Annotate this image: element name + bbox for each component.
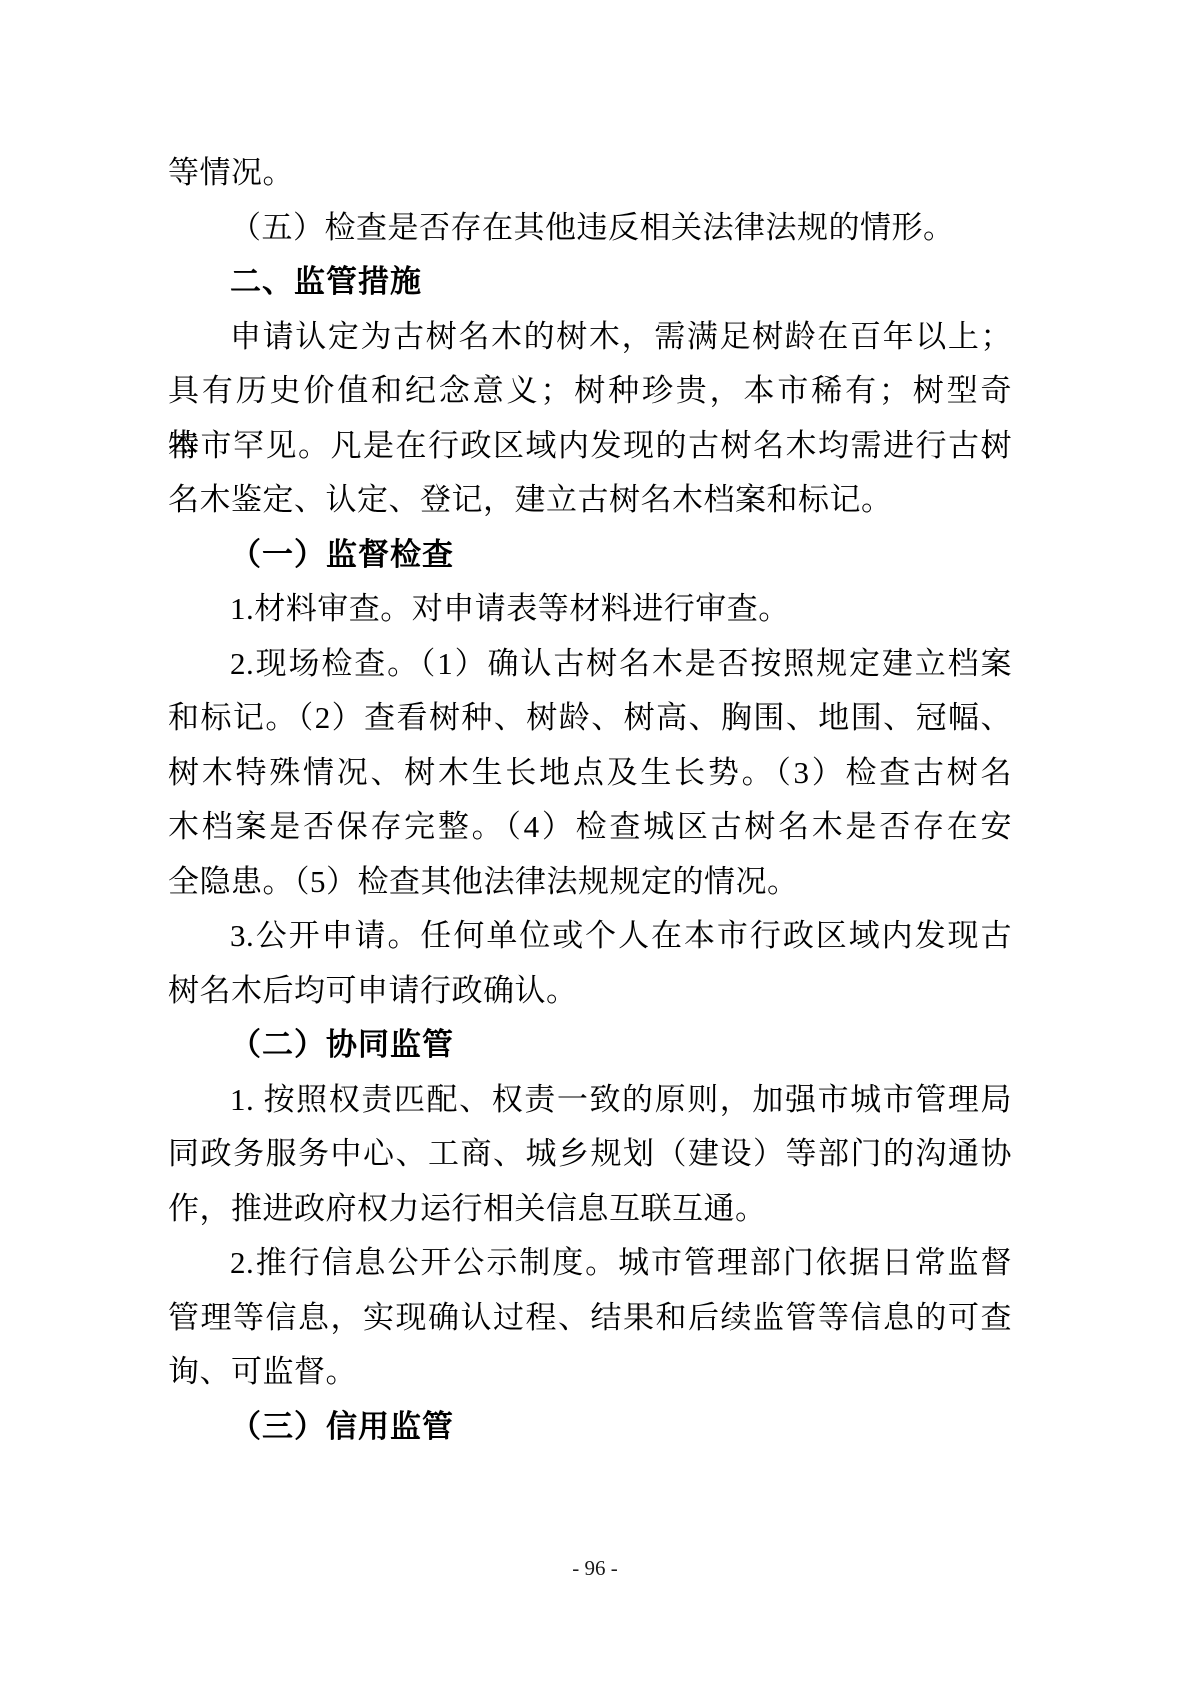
- text-line: 2.现场检查。（1）确认古树名木是否按照规定建立档案: [168, 637, 1012, 692]
- text-line: 1.材料审查。对申请表等材料进行审查。: [168, 582, 1012, 637]
- text-line: 同政务服务中心、工商、城乡规划（建设）等部门的沟通协: [168, 1127, 1012, 1182]
- text-line: 等情况。: [168, 146, 1012, 201]
- text-line: 询、可监督。: [168, 1345, 1012, 1400]
- document-page: 等情况。 （五）检查是否存在其他违反相关法律法规的情形。 二、监管措施 申请认定…: [0, 0, 1190, 1683]
- text-line: 具有历史价值和纪念意义；树种珍贵，本市稀有；树型奇特、: [168, 364, 1012, 419]
- heading-credit-supervision: （三）信用监管: [168, 1400, 1012, 1455]
- text-line: 管理等信息，实现确认过程、结果和后续监管等信息的可查: [168, 1291, 1012, 1346]
- text-line: 本市罕见。凡是在行政区域内发现的古树名木均需进行古树: [168, 419, 1012, 474]
- text-line: 木档案是否保存完整。（4）检查城区古树名木是否存在安: [168, 800, 1012, 855]
- text-line: 和标记。（2）查看树种、树龄、树高、胸围、地围、冠幅、: [168, 691, 1012, 746]
- text-line: 树名木后均可申请行政确认。: [168, 964, 1012, 1019]
- heading-supervision-measures: 二、监管措施: [168, 255, 1012, 310]
- document-body: 等情况。 （五）检查是否存在其他违反相关法律法规的情形。 二、监管措施 申请认定…: [168, 146, 1012, 1454]
- text-line: 树木特殊情况、树木生长地点及生长势。（3）检查古树名: [168, 746, 1012, 801]
- text-line: （五）检查是否存在其他违反相关法律法规的情形。: [168, 201, 1012, 256]
- text-line: 3.公开申请。任何单位或个人在本市行政区域内发现古: [168, 909, 1012, 964]
- page-number: - 96 -: [0, 1553, 1190, 1583]
- text-line: 作，推进政府权力运行相关信息互联互通。: [168, 1182, 1012, 1237]
- heading-supervision-inspection: （一）监督检查: [168, 528, 1012, 583]
- text-line: 1. 按照权责匹配、权责一致的原则，加强市城市管理局: [168, 1073, 1012, 1128]
- text-line: 名木鉴定、认定、登记，建立古树名木档案和标记。: [168, 473, 1012, 528]
- text-line: 全隐患。（5）检查其他法律法规规定的情况。: [168, 855, 1012, 910]
- heading-collaborative-supervision: （二）协同监管: [168, 1018, 1012, 1073]
- text-line: 申请认定为古树名木的树木，需满足树龄在百年以上；: [168, 310, 1012, 365]
- text-line: 2.推行信息公开公示制度。城市管理部门依据日常监督: [168, 1236, 1012, 1291]
